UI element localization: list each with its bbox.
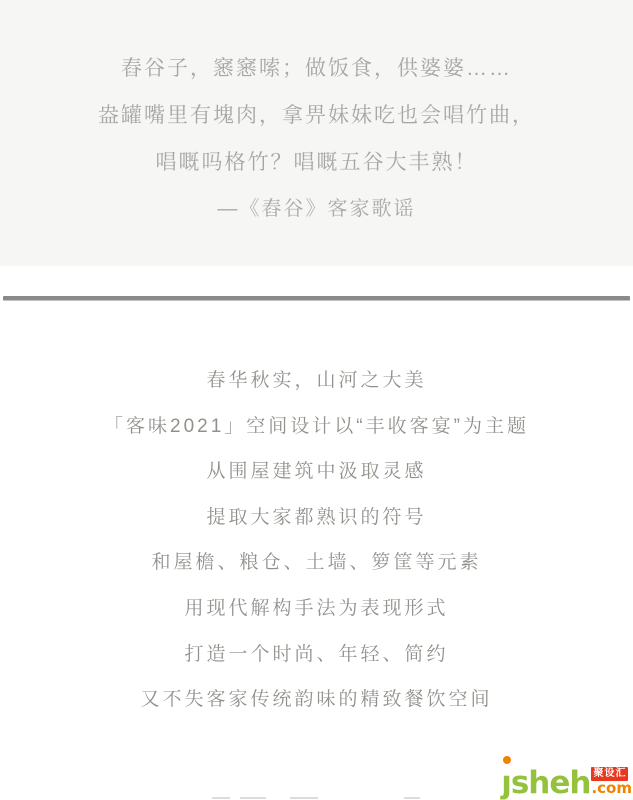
cropped-fragment xyxy=(212,797,230,799)
intro-line-5: 和屋檐、粮仓、土墙、箩筐等元素 xyxy=(0,540,633,586)
intro-line-4: 提取大家都熟识的符号 xyxy=(0,495,633,541)
quote-panel: 舂谷子，窸窸嗦；做饭食，供婆婆…… 盎罐嘴里有塊肉，拿畀妹妹吃也会唱竹曲， 唱嘅… xyxy=(0,0,633,266)
logo-domain-suffix: .com xyxy=(591,781,632,796)
logo-right-block: 聚设汇 .com xyxy=(591,767,632,796)
intro-section: 春华秋实，山河之大美 「客味2021」空间设计以“丰收客宴”为主题 从围屋建筑中… xyxy=(0,358,633,723)
cropped-fragment xyxy=(290,797,318,799)
quote-line-2: 盎罐嘴里有塊肉，拿畀妹妹吃也会唱竹曲， xyxy=(0,92,633,139)
logo-j-dot-icon xyxy=(503,756,511,764)
intro-line-3: 从围屋建筑中汲取灵感 xyxy=(0,449,633,495)
quote-line-1: 舂谷子，窸窸嗦；做饭食，供婆婆…… xyxy=(0,45,633,92)
intro-line-2: 「客味2021」空间设计以“丰收客宴”为主题 xyxy=(0,404,633,450)
cropped-fragment xyxy=(404,797,420,799)
intro-line-8: 又不失客家传统韵味的精致餐饮空间 xyxy=(0,677,633,723)
intro-line-7: 打造一个时尚、年轻、简约 xyxy=(0,632,633,678)
section-divider xyxy=(3,296,630,301)
cropped-fragment xyxy=(240,797,266,799)
intro-line-6: 用现代解构手法为表现形式 xyxy=(0,586,633,632)
jsheh-watermark-logo: ȷsheh 聚设汇 .com xyxy=(501,767,632,796)
jsheh-logo-text: ȷsheh xyxy=(501,770,590,796)
quote-line-3: 唱嘅吗格竹？唱嘅五谷大丰熟！ xyxy=(0,139,633,186)
quote-attribution: —《舂谷》客家歌谣 xyxy=(0,186,633,233)
intro-line-1: 春华秋实，山河之大美 xyxy=(0,358,633,404)
